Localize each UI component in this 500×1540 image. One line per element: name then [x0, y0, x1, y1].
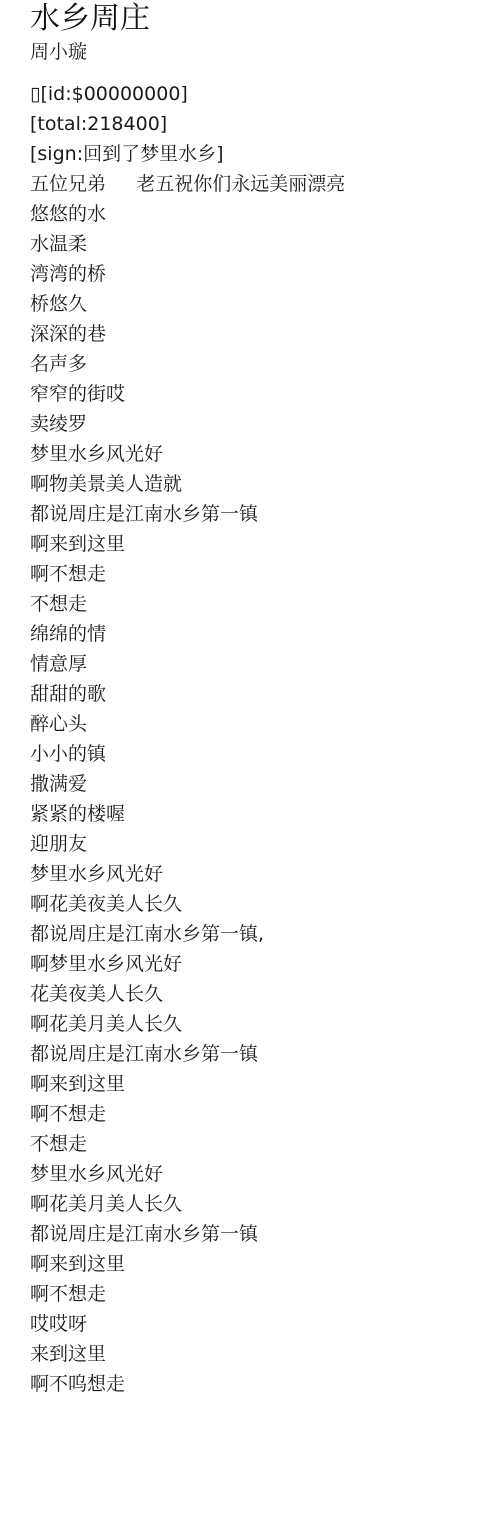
lyric-line: 啊花美月美人长久 — [30, 1009, 500, 1039]
lyric-line: 紧紧的楼喔 — [30, 799, 500, 829]
lyric-line: 来到这里 — [30, 1339, 500, 1369]
lyric-line: [sign:回到了梦里水乡] — [30, 139, 500, 169]
lyric-line: 啊来到这里 — [30, 1069, 500, 1099]
lyric-line: 不想走 — [30, 1129, 500, 1159]
lyric-line: 名声多 — [30, 349, 500, 379]
lyric-line: 撒满爱 — [30, 769, 500, 799]
lyric-line: 窄窄的街哎 — [30, 379, 500, 409]
lyric-line: 啊梦里水乡风光好 — [30, 949, 500, 979]
lyric-line: 啊花美月美人长久 — [30, 1189, 500, 1219]
lyrics-page: 水乡周庄 周小璇 ▯[id:$00000000][total:218400][s… — [0, 0, 500, 1399]
lyric-line: 都说周庄是江南水乡第一镇 — [30, 1219, 500, 1249]
lyric-line: 梦里水乡风光好 — [30, 1159, 500, 1189]
lyric-line: 小小的镇 — [30, 739, 500, 769]
lyric-line: 卖绫罗 — [30, 409, 500, 439]
lyric-line: 绵绵的情 — [30, 619, 500, 649]
lyric-line: 悠悠的水 — [30, 199, 500, 229]
lyric-line: 五位兄弟 老五祝你们永远美丽漂亮 — [30, 169, 500, 199]
lyric-line: [total:218400] — [30, 109, 500, 139]
lyric-line: 啊不想走 — [30, 559, 500, 589]
lyric-line: 哎哎呀 — [30, 1309, 500, 1339]
lyric-line: 湾湾的桥 — [30, 259, 500, 289]
lyric-line: 迎朋友 — [30, 829, 500, 859]
lyric-line: 醉心头 — [30, 709, 500, 739]
lyric-line: 啊不呜想走 — [30, 1369, 500, 1399]
artist-name: 周小璇 — [30, 39, 500, 65]
lyric-line: 啊来到这里 — [30, 529, 500, 559]
lyrics-body: ▯[id:$00000000][total:218400][sign:回到了梦里… — [30, 79, 500, 1399]
lyric-line: 啊不想走 — [30, 1099, 500, 1129]
lyric-line: 都说周庄是江南水乡第一镇, — [30, 919, 500, 949]
lyric-line: ▯[id:$00000000] — [30, 79, 500, 109]
lyric-line: 梦里水乡风光好 — [30, 439, 500, 469]
lyric-line: 梦里水乡风光好 — [30, 859, 500, 889]
lyric-line: 啊不想走 — [30, 1279, 500, 1309]
song-title: 水乡周庄 — [30, 0, 500, 37]
lyric-line: 情意厚 — [30, 649, 500, 679]
lyric-line: 甜甜的歌 — [30, 679, 500, 709]
lyric-line: 都说周庄是江南水乡第一镇 — [30, 1039, 500, 1069]
lyric-line: 啊物美景美人造就 — [30, 469, 500, 499]
lyric-line: 花美夜美人长久 — [30, 979, 500, 1009]
lyric-line: 啊来到这里 — [30, 1249, 500, 1279]
lyric-line: 都说周庄是江南水乡第一镇 — [30, 499, 500, 529]
lyric-line: 水温柔 — [30, 229, 500, 259]
lyric-line: 不想走 — [30, 589, 500, 619]
lyric-line: 桥悠久 — [30, 289, 500, 319]
lyric-line: 深深的巷 — [30, 319, 500, 349]
lyric-line: 啊花美夜美人长久 — [30, 889, 500, 919]
